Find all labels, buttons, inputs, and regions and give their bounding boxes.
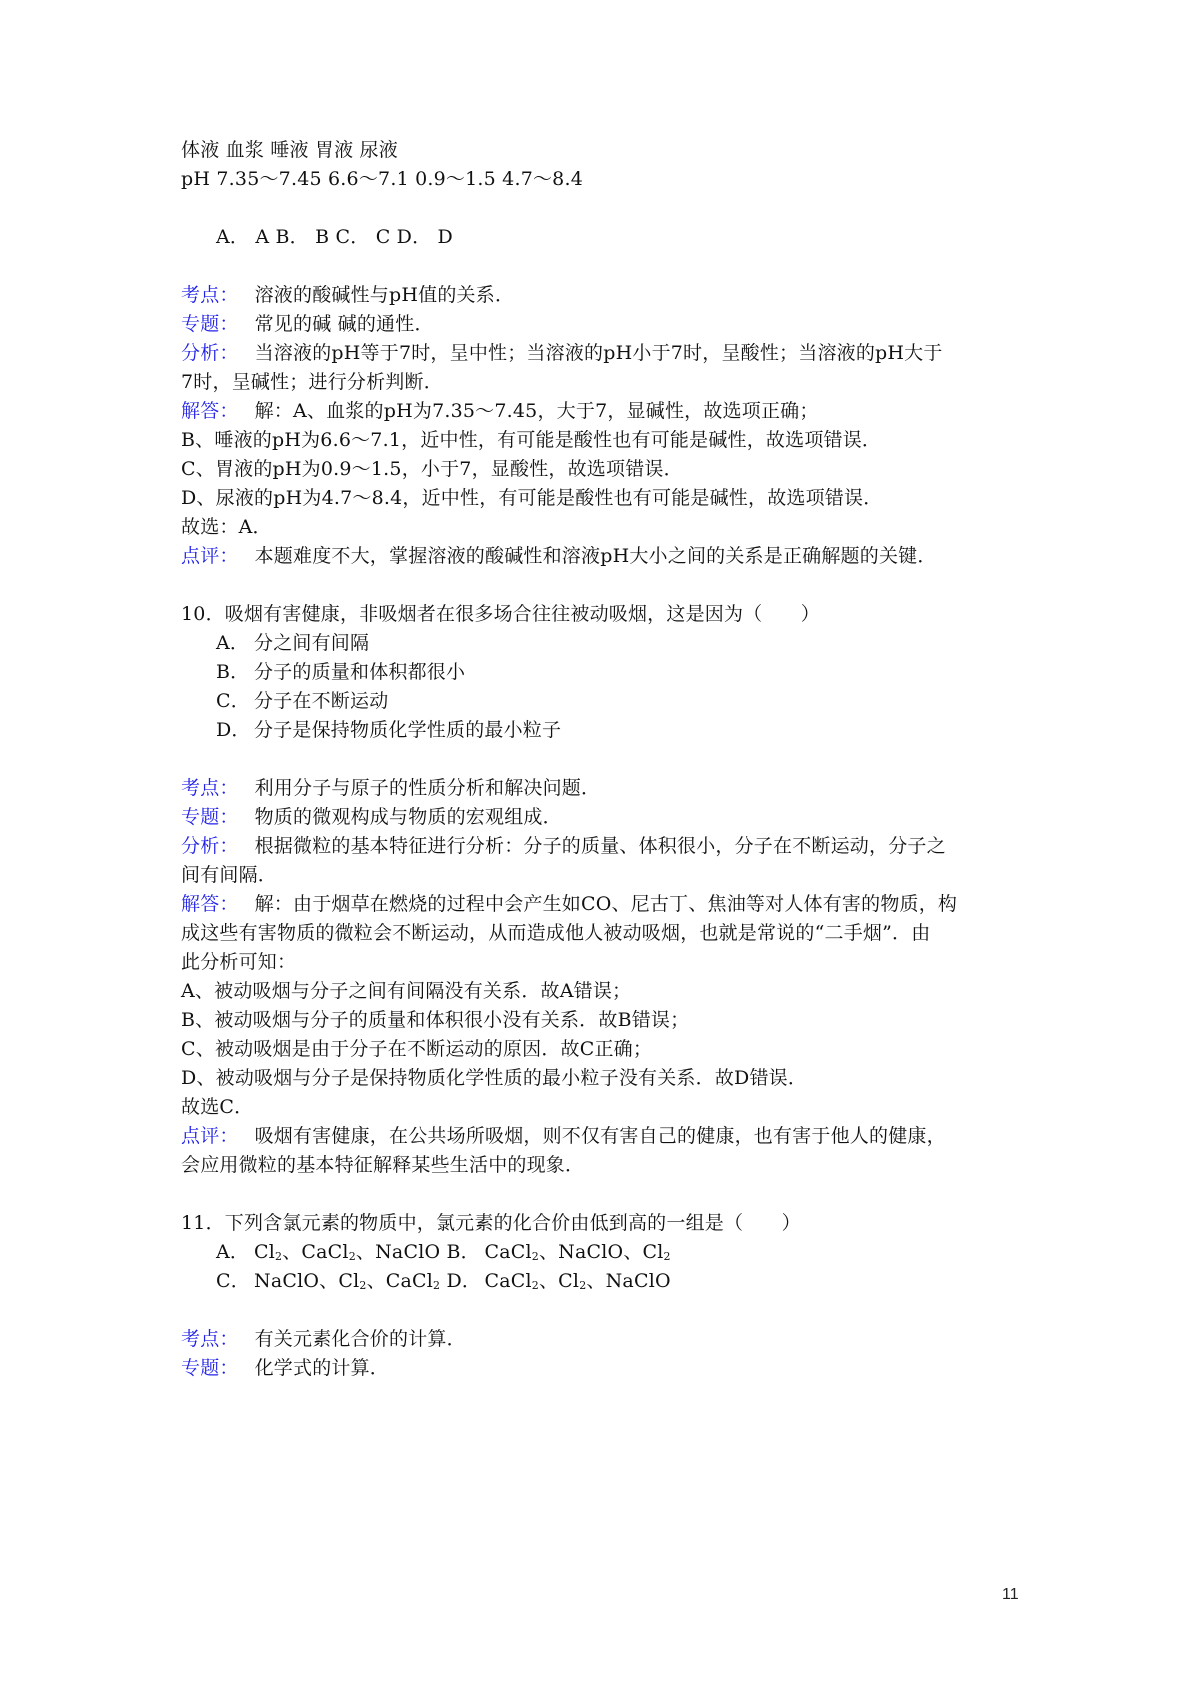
q10-jieda-2: 成这些有害物质的微粒会不断运动，从而造成他人被动吸烟，也就是常说的“二手烟”．由 [181, 921, 930, 945]
q10-option-a: A．分之间有间隔 [216, 631, 369, 655]
zhuanti-label: 专题： [181, 313, 239, 335]
q9-options: A． A B． B C． C D． D [216, 225, 453, 249]
document-page: 体液 血浆 唾液 胃液 尿液 pH 7.35～7.45 6.6～7.1 0.9～… [0, 0, 1200, 1698]
q9-kaodian: 考点：溶液的酸碱性与pH值的关系． [181, 283, 514, 307]
q9-answer: 故选：A． [181, 515, 272, 539]
dianping-text: 本题难度不大，掌握溶液的酸碱性和溶液pH大小之间的关系是正确解题的关键． [255, 545, 937, 567]
zhuanti-text: 常见的碱 碱的通性． [255, 313, 434, 335]
q10-stem: 10．吸烟有害健康，非吸烟者在很多场合往往被动吸烟，这是因为（ ） [181, 602, 820, 626]
q11-options-ab: A．Cl2、CaCl2、NaClO B．CaCl2、NaClO、Cl2 [216, 1240, 671, 1269]
q10-fenxi-cont: 间有间隔． [181, 863, 277, 887]
q10-zhuanti: 专题：物质的微观构成与物质的宏观组成． [181, 805, 562, 829]
zhuanti-text: 物质的微观构成与物质的宏观组成． [255, 806, 562, 828]
q10-option-c: C．分子在不断运动 [216, 689, 388, 713]
q10-jieda-c: C、被动吸烟是由于分子在不断运动的原因．故C正确； [181, 1037, 652, 1061]
q10-jieda-b: B、被动吸烟与分子的质量和体积很小没有关系．故B错误； [181, 1008, 689, 1032]
q10-dianping: 点评：吸烟有害健康，在公共场所吸烟，则不仅有害自己的健康，也有害于他人的健康， [181, 1124, 946, 1148]
q11-zhuanti: 专题：化学式的计算． [181, 1356, 389, 1380]
q9-jieda: 解答：解：A、血浆的pH为7.35～7.45，大于7，显碱性，故选项正确； [181, 399, 819, 423]
q10-jieda-3: 此分析可知： [181, 950, 296, 974]
q9-jieda-d: D、尿液的pH为4.7～8.4，近中性，有可能是酸性也有可能是碱性，故选项错误． [181, 486, 882, 510]
kaodian-text: 有关元素化合价的计算． [255, 1328, 466, 1350]
q9-dianping: 点评：本题难度不大，掌握溶液的酸碱性和溶液pH大小之间的关系是正确解题的关键． [181, 544, 937, 568]
fenxi-label: 分析： [181, 342, 239, 364]
option-letter: A． [216, 1240, 254, 1264]
q9-jieda-b: B、唾液的pH为6.6～7.1，近中性，有可能是酸性也有可能是碱性，故选项错误． [181, 428, 881, 452]
kaodian-text: 溶液的酸碱性与pH值的关系． [255, 284, 515, 306]
jieda-label: 解答： [181, 893, 239, 915]
kaodian-label: 考点： [181, 1328, 239, 1350]
zhuanti-label: 专题： [181, 806, 239, 828]
zhuanti-text: 化学式的计算． [255, 1357, 389, 1379]
option-text: 分子是保持物质化学性质的最小粒子 [254, 719, 561, 741]
q11-stem: 11．下列含氯元素的物质中，氯元素的化合价由低到高的一组是（ ） [181, 1211, 801, 1235]
table-ph-row: pH 7.35～7.45 6.6～7.1 0.9～1.5 4.7～8.4 [181, 167, 583, 191]
q9-zhuanti: 专题：常见的碱 碱的通性． [181, 312, 434, 336]
option-letter: B． [447, 1240, 485, 1264]
fenxi-text: 当溶液的pH等于7时，呈中性；当溶液的pH小于7时，呈酸性；当溶液的pH大于 [255, 342, 943, 364]
option-letter: D． [447, 1269, 485, 1293]
kaodian-text: 利用分子与原子的性质分析和解决问题． [255, 777, 601, 799]
q10-answer: 故选C． [181, 1095, 253, 1119]
zhuanti-label: 专题： [181, 1357, 239, 1379]
option-letter: C． [216, 689, 254, 713]
dianping-text: 吸烟有害健康，在公共场所吸烟，则不仅有害自己的健康，也有害于他人的健康， [255, 1125, 946, 1147]
q10-jieda-d: D、被动吸烟与分子是保持物质化学性质的最小粒子没有关系．故D错误． [181, 1066, 807, 1090]
jieda-label: 解答： [181, 400, 239, 422]
fenxi-text: 根据微粒的基本特征进行分析：分子的质量、体积很小，分子在不断运动，分子之 [255, 835, 946, 857]
option-text: 分之间有间隔 [254, 632, 369, 654]
q9-fenxi: 分析：当溶液的pH等于7时，呈中性；当溶液的pH小于7时，呈酸性；当溶液的pH大… [181, 341, 943, 365]
kaodian-label: 考点： [181, 284, 239, 306]
q11-options-cd: C．NaClO、Cl2、CaCl2 D．CaCl2、Cl2、NaClO [216, 1269, 671, 1298]
q10-fenxi: 分析：根据微粒的基本特征进行分析：分子的质量、体积很小，分子在不断运动，分子之 [181, 834, 946, 858]
dianping-label: 点评： [181, 545, 239, 567]
option-text: 分子在不断运动 [254, 690, 388, 712]
option-letter: C． [216, 1269, 254, 1293]
option-letter: B． [216, 660, 254, 684]
q10-dianping-cont: 会应用微粒的基本特征解释某些生活中的现象． [181, 1153, 584, 1177]
q10-jieda: 解答：解：由于烟草在燃烧的过程中会产生如CO、尼古丁、焦油等对人体有害的物质，构 [181, 892, 957, 916]
q9-fenxi-cont: 7时，呈碱性；进行分析判断． [181, 370, 443, 394]
page-number: 11 [1002, 1586, 1019, 1604]
option-letter: A． [216, 631, 254, 655]
kaodian-label: 考点： [181, 777, 239, 799]
q10-kaodian: 考点：利用分子与原子的性质分析和解决问题． [181, 776, 600, 800]
dianping-label: 点评： [181, 1125, 239, 1147]
option-letter: D． [216, 718, 254, 742]
fenxi-label: 分析： [181, 835, 239, 857]
q10-jieda-a: A、被动吸烟与分子之间有间隔没有关系．故A错误； [181, 979, 631, 1003]
q10-option-d: D．分子是保持物质化学性质的最小粒子 [216, 718, 561, 742]
jieda-text: 解：A、血浆的pH为7.35～7.45，大于7，显碱性，故选项正确； [255, 400, 819, 422]
table-header-row: 体液 血浆 唾液 胃液 尿液 [181, 138, 398, 162]
jieda-text: 解：由于烟草在燃烧的过程中会产生如CO、尼古丁、焦油等对人体有害的物质，构 [255, 893, 958, 915]
q10-option-b: B．分子的质量和体积都很小 [216, 660, 465, 684]
q11-kaodian: 考点：有关元素化合价的计算． [181, 1327, 466, 1351]
option-text: 分子的质量和体积都很小 [254, 661, 465, 683]
q9-jieda-c: C、胃液的pH为0.9～1.5，小于7，显酸性，故选项错误． [181, 457, 683, 481]
